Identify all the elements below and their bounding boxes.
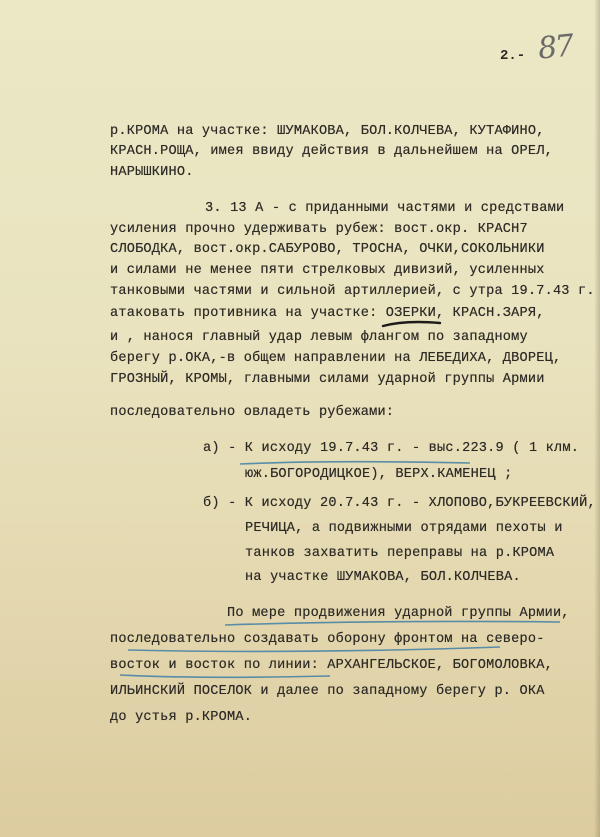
text-line: 3. 13 А - с приданными частями и средств… (205, 201, 564, 217)
list-item-b: б) - К исходу 20.7.43 г. - ХЛОПОВО,БУКРЕ… (203, 496, 596, 512)
text-line: По мере продвижения ударной группы Армии… (227, 606, 570, 622)
text-line: усиления прочно удерживать рубеж: вост.о… (110, 222, 528, 238)
text-line: танков захватить переправы на р.КРОМА (245, 546, 554, 562)
handwritten-folio-number: 87 (536, 28, 574, 66)
text-line: и силами не менее пяти стрелковых дивизи… (110, 263, 545, 279)
text-line: атаковать противника на участке: ОЗЕРКИ,… (110, 306, 545, 322)
text-line: и , нанося главный удар левым флангом по… (110, 330, 528, 346)
blue-underline-3 (120, 675, 330, 677)
text-line: юж.БОГОРОДИЦКОЕ), ВЕРХ.КАМЕНЕЦ ; (245, 467, 512, 483)
text-line: р.КРОМА на участке: ШУМАКОВА, БОЛ.КОЛЧЕВ… (110, 124, 545, 140)
text-line: берегу р.ОКА,-в общем направлении на ЛЕБ… (110, 351, 561, 367)
archival-document-page: 2.- 87 р.КРОМА на участке: ШУМАКОВА, БОЛ… (0, 0, 600, 837)
text-line: ГРОЗНЫЙ, КРОМЫ, главными силами ударной … (110, 372, 545, 388)
text-line: до устья р.КРОМА. (110, 710, 252, 726)
list-item-a: а) - К исходу 19.7.43 г. - выс.223.9 ( 1… (203, 441, 579, 457)
text-line: РЕЧИЦА, а подвижными отрядами пехоты и (245, 521, 563, 537)
text-line: на участке ШУМАКОВА, БОЛ.КОЛЧЕВА. (245, 570, 521, 586)
page-number: 2.- (500, 48, 525, 64)
black-underline-ozerki (383, 322, 440, 326)
text-line: КРАСН.РОЩА, имея ввиду действия в дальне… (110, 144, 553, 160)
text-line: восток и восток по линии: АРХАНГЕЛЬСКОЕ,… (110, 658, 553, 674)
text-line: последовательно создавать оборону фронто… (110, 632, 545, 648)
text-line: НАРЫШКИНО. (110, 165, 194, 181)
text-line: ИЛЬИНСКИЙ ПОСЕЛОК и далее по западному б… (110, 684, 545, 700)
text-line: СЛОБОДКА, вост.окр.САБУРОВО, ТРОСНА, ОЧК… (110, 242, 545, 258)
text-line: последовательно овладеть рубежами: (110, 405, 394, 421)
text-line: танковыми частями и сильной артиллерией,… (110, 284, 595, 300)
blue-underline-item-a (240, 462, 470, 464)
